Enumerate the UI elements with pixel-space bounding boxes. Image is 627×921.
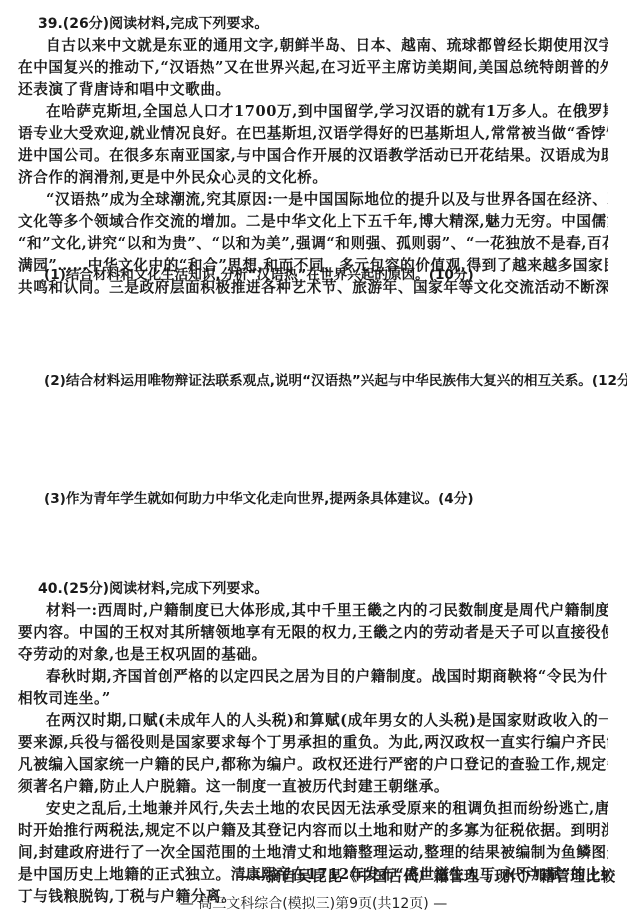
q39-heading: 39.(26分)阅读材料,完成下列要求。	[38, 13, 600, 35]
q40-para2-line2: 相牧司连坐。”	[18, 688, 608, 710]
q39-para1-line3: 还表演了背唐诗和唱中文歌曲。	[18, 79, 608, 101]
q40-para3-line2: 要来源,兵役与徭役则是国家要求每个丁男承担的重负。为此,两汉政权一直实行编户齐民…	[18, 732, 608, 754]
q39-para2-line1: 在哈萨克斯坦,全国总人口才1700万,到中国留学,学习汉语的就有1万多人。在俄罗…	[46, 101, 608, 123]
q40-para4-line2: 时开始推行两税法,规定不以户籍及其登记内容而以土地和财产的多寡为征税依据。到明洪…	[18, 820, 608, 842]
exam-page: 39.(26分)阅读材料,完成下列要求。 自古以来中文就是东亚的通用文字,朝鲜半…	[0, 0, 627, 921]
q40-para2-line1: 春秋时期,齐国首创严格的以定四民之居为目的户籍制度。战国时期商鞅将“令民为什伍,…	[46, 666, 608, 688]
q39-para2-line4: 济合作的润滑剂,更是中外民众心灵的文化桥。	[18, 167, 608, 189]
q40-heading: 40.(25分)阅读材料,完成下列要求。	[38, 578, 627, 600]
q40-para1-line2: 要内容。中国的王权对其所辖领地享有无限的权力,王畿之内的劳动者是天子可以直接役使…	[18, 622, 608, 644]
q40-para3-line4: 须著名户籍,防止人户脱籍。这一制度一直被历代封建王朝继承。	[18, 776, 608, 798]
q39-para2-line3: 进中国公司。在很多东南亚国家,与中国合作开展的汉语教学活动已开花结果。汉语成为助…	[18, 145, 608, 167]
q40-source-citation: ——摘自吴昆昆《中国古代户籍管理与现代户籍管理比较》	[236, 866, 616, 888]
q39-para1-line1: 自古以来中文就是东亚的通用文字,朝鲜半岛、日本、越南、琉球都曾经长期使用汉字。今…	[46, 35, 608, 57]
page-footer: — 高三文科综合(模拟三)第9页(共12页) —	[0, 894, 627, 914]
q39-para3-line3: “和”文化,讲究“以和为贵”、“以和为美”,强调“和则强、孤则弱”、“一花独放不…	[18, 233, 608, 255]
q39-para3-line1: “汉语热”成为全球潮流,究其原因:一是中国国际地位的提升以及与世界各国在经济、政…	[46, 189, 608, 211]
q40-para1-line1: 材料一:西周时,户籍制度已大体形成,其中千里王畿之内的刁民数制度是周代户籍制度的…	[46, 600, 608, 622]
q40-para1-line3: 夺劳动的对象,也是王权巩固的基础。	[18, 644, 608, 666]
q39-question-2: (2)结合材料运用唯物辩证法联系观点,说明“汉语热”兴起与中华民族伟大复兴的相互…	[44, 370, 627, 392]
q40-para4-line3: 间,封建政府进行了一次全国范围的土地清丈和地籍整理运动,整理的结果被编制为鱼鳞图…	[18, 842, 608, 864]
q39-para3-line2: 文化等多个领域合作交流的增加。二是中华文化上下五千年,博大精深,魅力无穷。中国儒…	[18, 211, 608, 233]
q39-para2-line2: 语专业大受欢迎,就业情况良好。在巴基斯坦,汉语学得好的巴基斯坦人,常常被当做“香…	[18, 123, 608, 145]
q40-para4-line1: 安史之乱后,土地兼并风行,失去土地的农民因无法承受原来的租调负担而纷纷逃亡,唐德…	[46, 798, 608, 820]
q39-para1-line2: 在中国复兴的推动下,“汉语热”又在世界兴起,在习近平主席访美期间,美国总统特朗普…	[18, 57, 608, 79]
q40-para3-line1: 在两汉时期,口赋(未成年人的人头税)和算赋(成年男女的人头税)是国家财政收入的一…	[46, 710, 608, 732]
q40-para3-line3: 凡被编入国家统一户籍的民户,都称为编户。政权还进行严密的户口登记的查验工作,规定…	[18, 754, 608, 776]
q39-question-3: (3)作为青年学生就如何助力中华文化走向世界,提两条具体建议。(4分)	[44, 488, 627, 510]
q39-question-1: (1)结合材料和文化生活知识,分析“汉语热”在世界兴起的原因。(10分)	[44, 264, 627, 286]
